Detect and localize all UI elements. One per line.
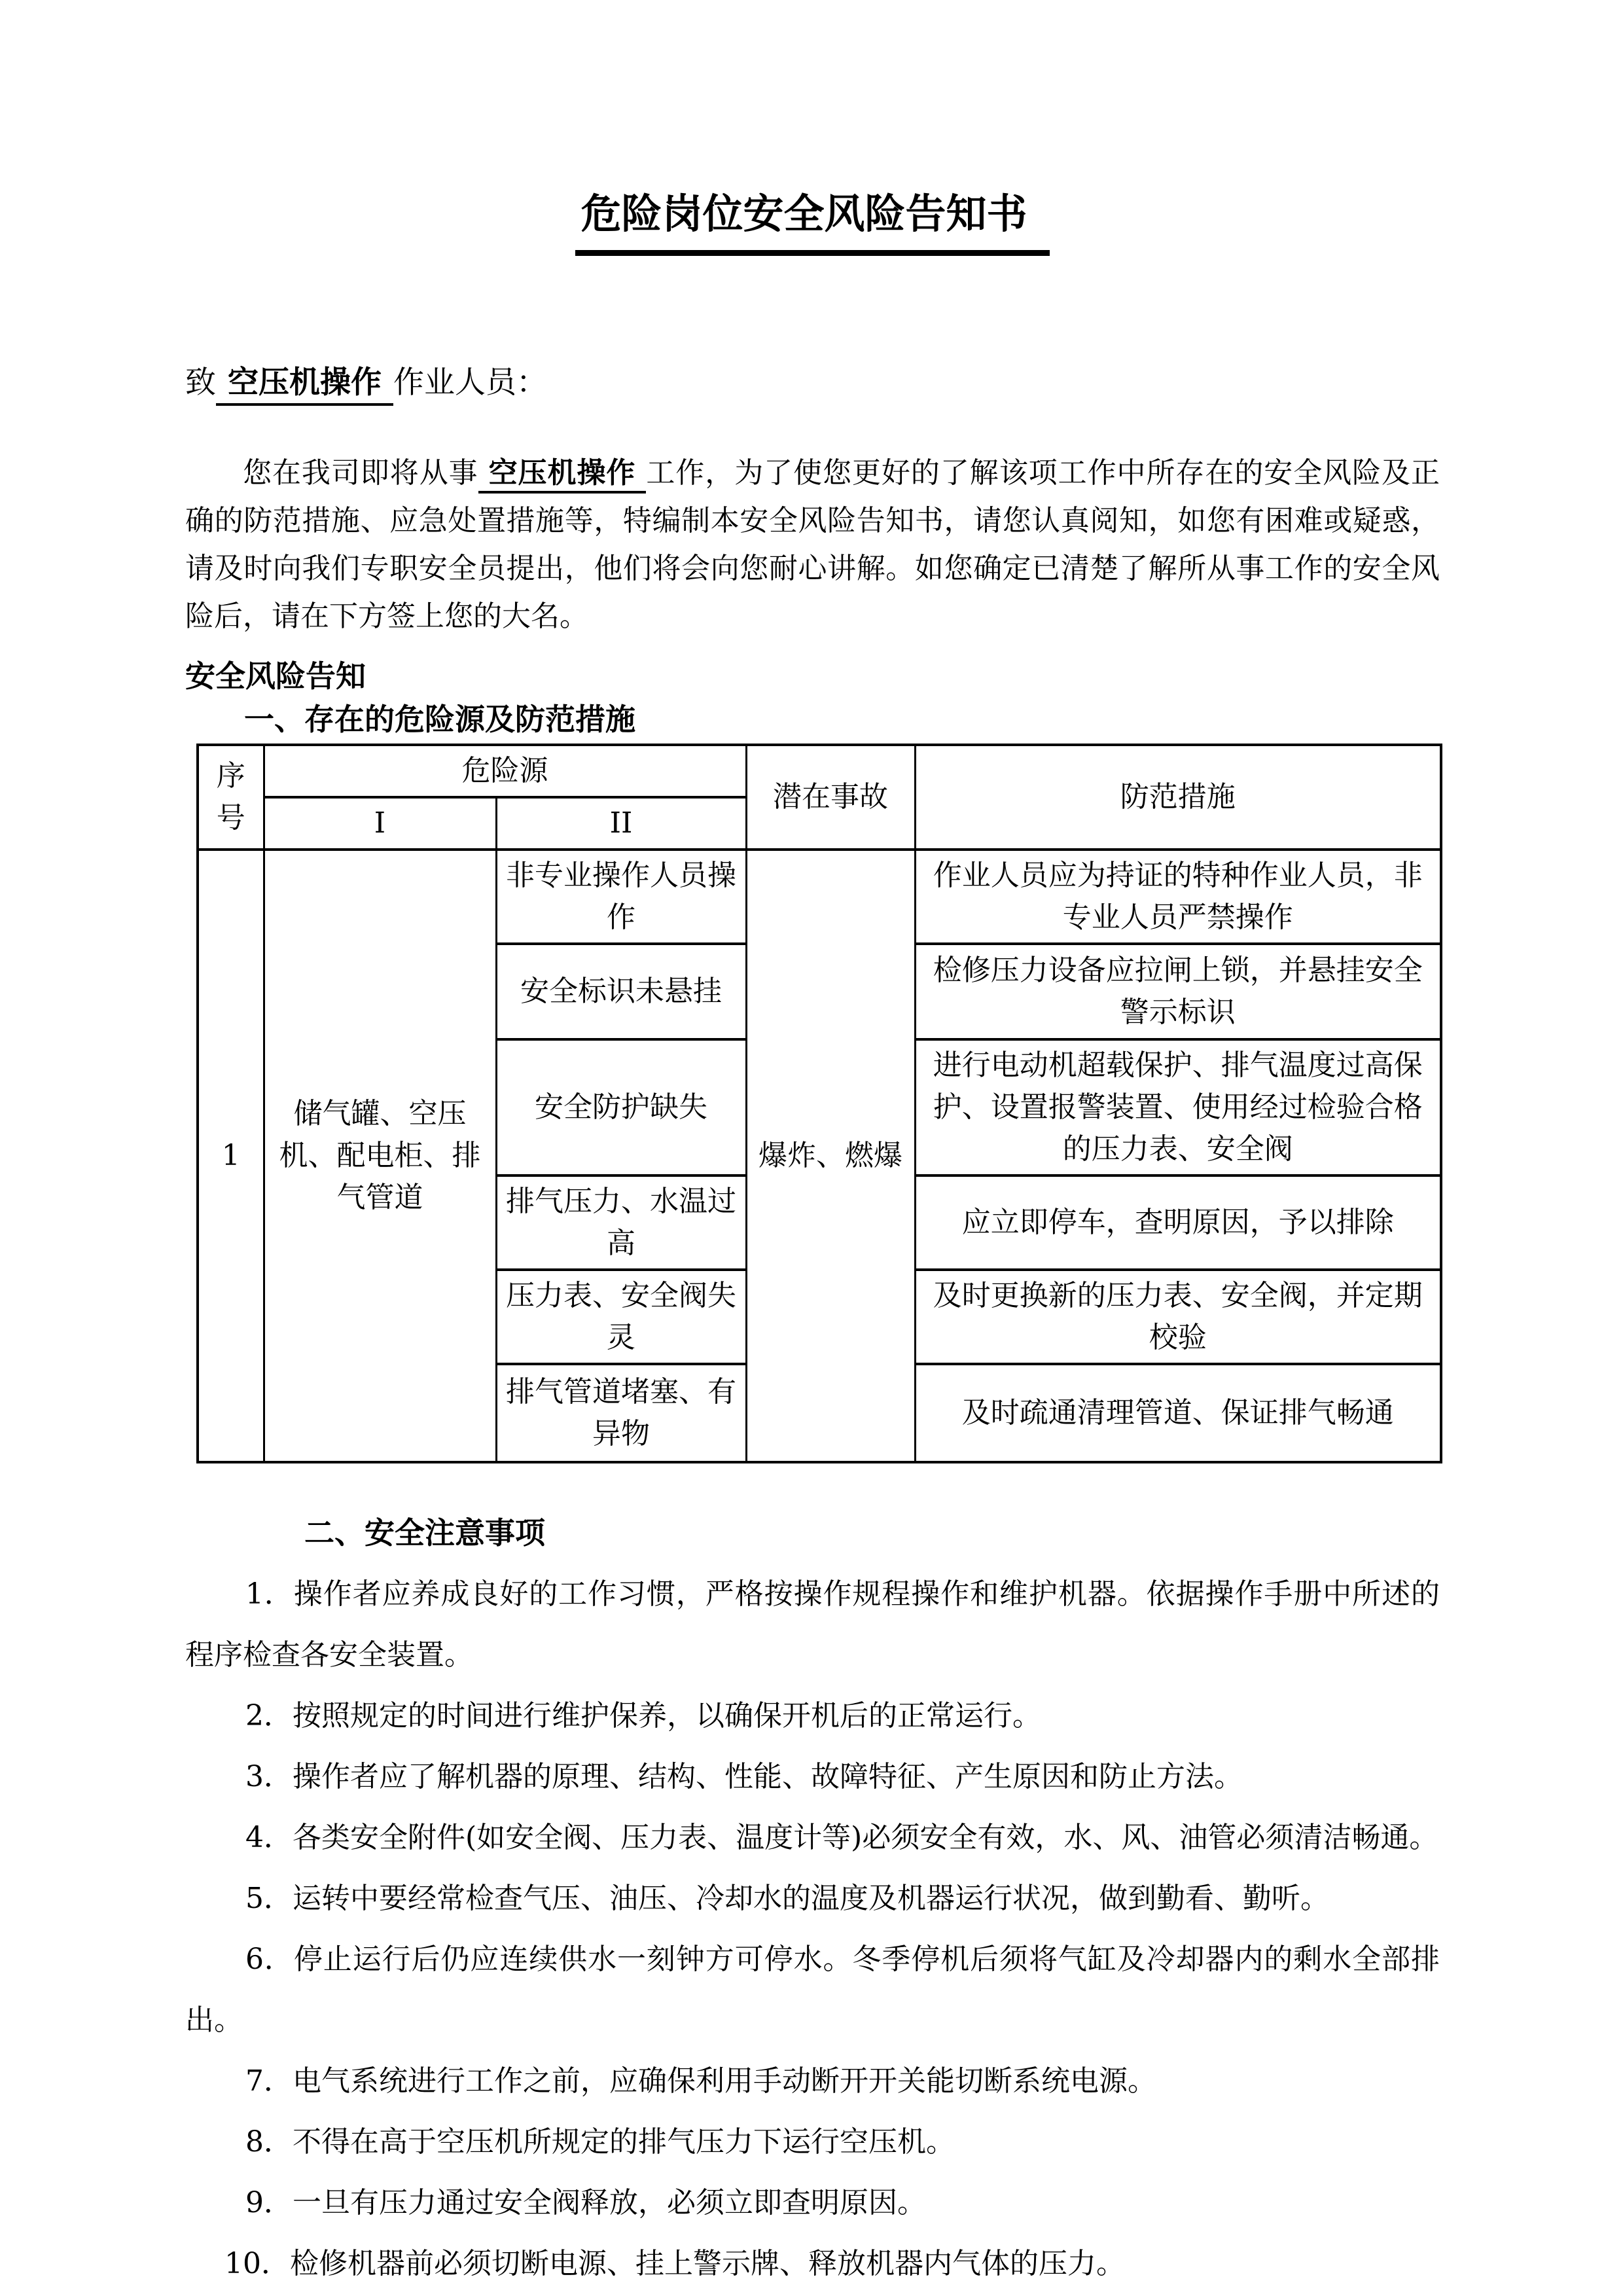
list-item-3: 3．操作者应了解机器的原理、结构、性能、故障特征、产生原因和防止方法。 [185, 1746, 1440, 1807]
document-page: 危险岗位安全风险告知书 致空压机操作作业人员： 您在我司即将从事空压机操作工作，… [0, 0, 1623, 2296]
list-item-7: 7．电气系统进行工作之前，应确保利用手动断开开关能切断系统电源。 [185, 2051, 1440, 2111]
cell-measure: 及时更换新的压力表、安全阀，并定期校验 [915, 1270, 1441, 1364]
section2: 二、安全注意事项 1．操作者应养成良好的工作习惯，严格按操作规程操作和维护机器。… [185, 1503, 1440, 2294]
header-potential-accident: 潜在事故 [746, 745, 915, 850]
salutation-suffix: 作业人员： [393, 365, 547, 401]
section1-subheading: 一、存在的危险源及防范措施 [244, 700, 1440, 738]
intro-text-before: 您在我司即将从事 [243, 456, 478, 490]
header-seq-no: 序号 [198, 745, 264, 850]
document-content: 危险岗位安全风险告知书 致空压机操作作业人员： 您在我司即将从事空压机操作工作，… [185, 0, 1440, 2294]
list-item-1: 1．操作者应养成良好的工作习惯，严格按操作规程操作和维护机器。依据操作手册中所述… [185, 1564, 1440, 1685]
list-item-5: 5．运转中要经常检查气压、油压、冷却水的温度及机器运行状况，做到勤看、勤听。 [185, 1868, 1440, 1929]
cell-hazard-ii: 安全防护缺失 [496, 1039, 746, 1175]
list-item-4: 4．各类安全附件(如安全阀、压力表、温度计等)必须安全有效，水、风、油管必须清洁… [185, 1807, 1440, 1868]
cell-hazard-i: 储气罐、空压机、配电柜、排气管道 [264, 850, 496, 1462]
table-header-row-1: 序号 危险源 潜在事故 防范措施 [198, 745, 1441, 797]
position-blank-inline: 空压机操作 [478, 456, 647, 493]
cell-seq-no: 1 [198, 850, 264, 1462]
section2-heading: 二、安全注意事项 [244, 1503, 1440, 1564]
salutation-prefix: 致 [185, 365, 216, 401]
cell-hazard-ii: 排气管道堵塞、有异物 [496, 1364, 746, 1462]
document-title: 危险岗位安全风险告知书 [575, 190, 1049, 256]
table-row: 1 储气罐、空压机、配电柜、排气管道 非专业操作人员操作 爆炸、燃爆 作业人员应… [198, 850, 1441, 944]
cell-measure: 进行电动机超载保护、排气温度过高保护、设置报警装置、使用经过检验合格的压力表、安… [915, 1039, 1441, 1175]
cell-measure: 检修压力设备应拉闸上锁，并悬挂安全警示标识 [915, 944, 1441, 1039]
list-item-8: 8．不得在高于空压机所规定的排气压力下运行空压机。 [185, 2111, 1440, 2172]
header-hazard-source: 危险源 [264, 745, 746, 797]
title-block: 危险岗位安全风险告知书 [185, 0, 1440, 256]
cell-hazard-ii: 非专业操作人员操作 [496, 850, 746, 944]
list-item-10: 10．检修机器前必须切断电源、挂上警示牌、释放机器内气体的压力。 [185, 2233, 1440, 2294]
section1-heading: 安全风险告知 [185, 657, 1440, 695]
list-item-9: 9．一旦有压力通过安全阀释放，必须立即查明原因。 [185, 2172, 1440, 2233]
list-item-2: 2．按照规定的时间进行维护保养，以确保开机后的正常运行。 [185, 1685, 1440, 1746]
header-hazard-i: I [264, 797, 496, 850]
cell-hazard-ii: 排气压力、水温过高 [496, 1175, 746, 1270]
header-preventive-measures: 防范措施 [915, 745, 1441, 850]
cell-measure: 应立即停车，查明原因，予以排除 [915, 1175, 1441, 1270]
salutation-line: 致空压机操作作业人员： [185, 363, 1440, 403]
header-hazard-ii: II [496, 797, 746, 850]
list-item-6: 6．停止运行后仍应连续供水一刻钟方可停水。冬季停机后须将气缸及冷却器内的剩水全部… [185, 1929, 1440, 2051]
cell-hazard-ii: 压力表、安全阀失灵 [496, 1270, 746, 1364]
cell-accident: 爆炸、燃爆 [746, 850, 915, 1462]
cell-measure: 及时疏通清理管道、保证排气畅通 [915, 1364, 1441, 1462]
hazard-table: 序号 危险源 潜在事故 防范措施 I II 1 储气罐、空压机、配电柜、排气管道… [196, 744, 1442, 1463]
cell-hazard-ii: 安全标识未悬挂 [496, 944, 746, 1039]
intro-paragraph: 您在我司即将从事空压机操作工作，为了使您更好的了解该项工作中所存在的安全风险及正… [185, 449, 1440, 640]
cell-measure: 作业人员应为持证的特种作业人员，非专业人员严禁操作 [915, 850, 1441, 944]
position-blank: 空压机操作 [216, 365, 393, 406]
